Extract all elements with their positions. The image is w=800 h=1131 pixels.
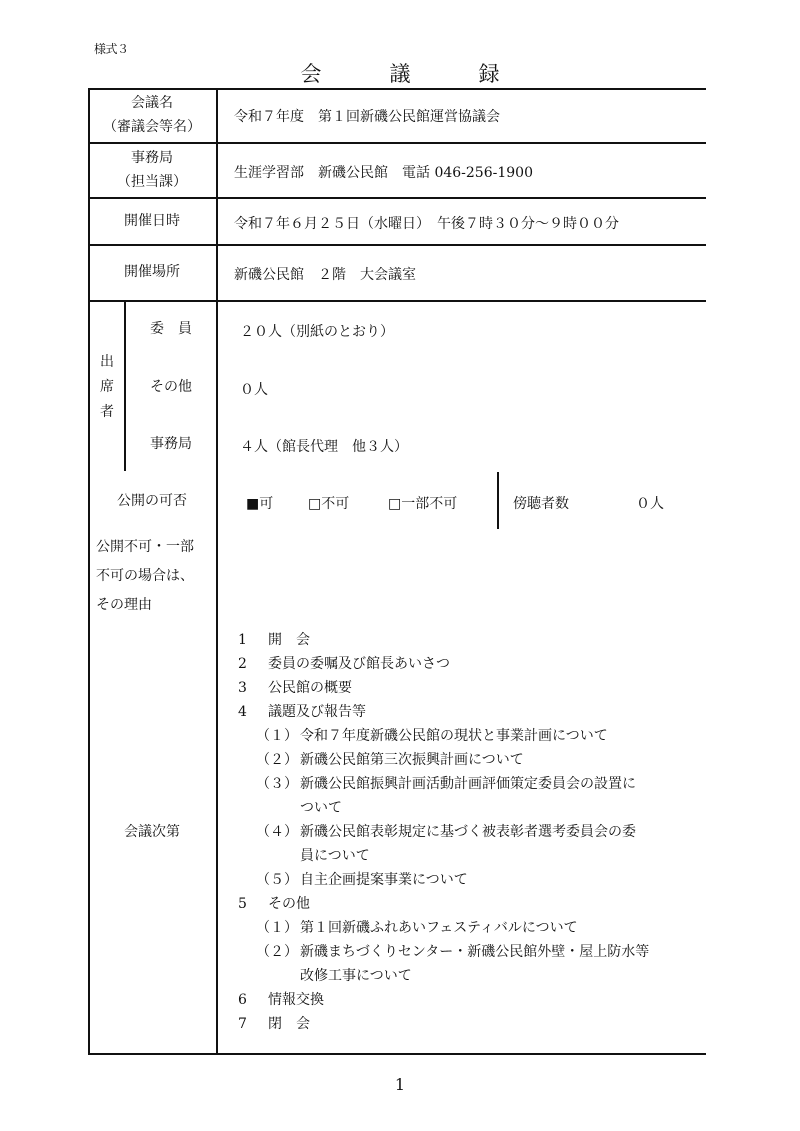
item-number: （１） (256, 916, 300, 940)
item-number: （４） (256, 820, 300, 844)
attendees-others-value: ０人 (240, 379, 268, 399)
item-text: 開 会 (268, 628, 310, 652)
label-line: 事務局 (88, 146, 216, 170)
attendees-secretariat-value: ４人（館長代理 他３人） (240, 436, 408, 456)
observers-divider (497, 472, 499, 529)
row-divider (88, 244, 706, 246)
item-text: 新磯公民館振興計画活動計画評価策定委員会の設置に (300, 772, 636, 796)
agenda-list: 1開 会 2委員の委嘱及び館長あいさつ 3公民館の概要 4議題及び報告等 （１）… (238, 628, 708, 1036)
item-number: 2 (238, 652, 268, 676)
document-title: 会議録 (0, 58, 800, 88)
secretariat-label: 事務局 （担当課） (88, 146, 216, 194)
meeting-name-label: 会議名 （審議会等名） (88, 91, 216, 139)
attendees-members-value: ２０人（別紙のとおり） (240, 321, 394, 341)
label-char: 席 (98, 375, 116, 400)
option-label: 一部不可 (401, 496, 457, 512)
agenda-item: 3公民館の概要 (238, 676, 708, 700)
item-number: 6 (238, 988, 268, 1012)
title-char: 議 (390, 58, 411, 88)
item-text: 令和７年度新磯公民館の現状と事業計画について (300, 724, 608, 748)
label-line: 不可の場合は、 (96, 562, 194, 591)
item-text: 情報交換 (268, 988, 324, 1012)
agenda-subitem: （１）第１回新磯ふれあいフェスティバルについて (238, 916, 708, 940)
label-line: （担当課） (88, 170, 216, 194)
item-text: その他 (268, 892, 310, 916)
label-line: （審議会等名） (88, 115, 216, 139)
label-char: 者 (98, 400, 116, 425)
agenda-label: 会議次第 (88, 820, 216, 844)
item-number: 3 (238, 676, 268, 700)
item-text: 改修工事について (300, 964, 412, 988)
agenda-continuation: 改修工事について (238, 964, 708, 988)
table-top-border (88, 88, 706, 90)
label-line: 会議名 (88, 91, 216, 115)
item-text: 員について (300, 844, 370, 868)
checkbox-unchecked-icon: □ (308, 496, 321, 512)
label-column-divider (216, 88, 218, 1054)
reason-label: 公開不可・一部 不可の場合は、 その理由 (96, 533, 194, 620)
item-text: 第１回新磯ふれあいフェスティバルについて (300, 916, 578, 940)
item-text: 委員の委嘱及び館長あいさつ (268, 652, 450, 676)
agenda-subitem: （１）令和７年度新磯公民館の現状と事業計画について (238, 724, 708, 748)
agenda-subitem: （２）新磯まちづくりセンター・新磯公民館外壁・屋上防水等 (238, 940, 708, 964)
agenda-item: 2委員の委嘱及び館長あいさつ (238, 652, 708, 676)
disclosure-option-not-allowed[interactable]: □不可 (308, 493, 349, 513)
label-char: 出 (98, 350, 116, 375)
item-text: 新磯まちづくりセンター・新磯公民館外壁・屋上防水等 (300, 940, 649, 964)
disclosure-label: 公開の可否 (88, 489, 216, 513)
observers-value: ０人 (636, 493, 664, 513)
option-label: 不可 (321, 496, 349, 512)
label-line: その理由 (96, 591, 194, 620)
item-text: 公民館の概要 (268, 676, 352, 700)
item-number: （２） (256, 940, 300, 964)
checkbox-checked-icon: ■ (246, 496, 259, 512)
agenda-subitem: （３）新磯公民館振興計画活動計画評価策定委員会の設置に (238, 772, 708, 796)
item-number: 1 (238, 628, 268, 652)
option-label: 可 (259, 496, 273, 512)
attendees-group-label: 出 席 者 (98, 350, 116, 425)
checkbox-unchecked-icon: □ (388, 496, 401, 512)
item-number: （２） (256, 748, 300, 772)
label-line: 公開不可・一部 (96, 533, 194, 562)
observers-label: 傍聴者数 (513, 493, 569, 513)
agenda-item: 5その他 (238, 892, 708, 916)
secretariat-value: 生涯学習部 新磯公民館 電話 046-256-1900 (234, 162, 533, 182)
form-number-label: 様式３ (94, 40, 129, 57)
meeting-name-value: 令和７年度 第１回新磯公民館運営協議会 (234, 106, 500, 126)
title-char: 会 (301, 58, 322, 88)
datetime-label: 開催日時 (88, 209, 216, 233)
datetime-value: 令和７年６月２５日（水曜日） 午後７時３０分～９時００分 (234, 213, 619, 233)
item-text: 自主企画提案事業について (300, 868, 468, 892)
item-number: 5 (238, 892, 268, 916)
disclosure-option-partial[interactable]: □一部不可 (388, 493, 457, 513)
item-text: 閉 会 (268, 1012, 310, 1036)
row-divider (88, 197, 706, 199)
agenda-item: 1開 会 (238, 628, 708, 652)
item-text: ついて (300, 796, 342, 820)
agenda-continuation: ついて (238, 796, 708, 820)
agenda-item: 6情報交換 (238, 988, 708, 1012)
item-number: （５） (256, 868, 300, 892)
item-text: 議題及び報告等 (268, 700, 366, 724)
agenda-continuation: 員について (238, 844, 708, 868)
item-number: （３） (256, 772, 300, 796)
agenda-subitem: （４）新磯公民館表彰規定に基づく被表彰者選考委員会の委 (238, 820, 708, 844)
agenda-item: 4議題及び報告等 (238, 700, 708, 724)
venue-value: 新磯公民館 ２階 大会議室 (234, 264, 416, 284)
row-divider (88, 300, 706, 302)
item-text: 新磯公民館第三次振興計画について (300, 748, 524, 772)
item-number: 7 (238, 1012, 268, 1036)
attendees-others-label: その他 (126, 375, 216, 399)
item-text: 新磯公民館表彰規定に基づく被表彰者選考委員会の委 (300, 820, 636, 844)
title-char: 録 (479, 58, 500, 88)
item-number: 4 (238, 700, 268, 724)
disclosure-option-allowed[interactable]: ■可 (246, 493, 273, 513)
page-number: 1 (0, 1075, 800, 1094)
attendees-members-label: 委 員 (126, 317, 216, 341)
table-bottom-border (88, 1053, 706, 1055)
venue-label: 開催場所 (88, 260, 216, 284)
agenda-subitem: （５）自主企画提案事業について (238, 868, 708, 892)
attendees-secretariat-label: 事務局 (126, 432, 216, 456)
agenda-item: 7閉 会 (238, 1012, 708, 1036)
row-divider (88, 142, 706, 144)
item-number: （１） (256, 724, 300, 748)
agenda-subitem: （２）新磯公民館第三次振興計画について (238, 748, 708, 772)
